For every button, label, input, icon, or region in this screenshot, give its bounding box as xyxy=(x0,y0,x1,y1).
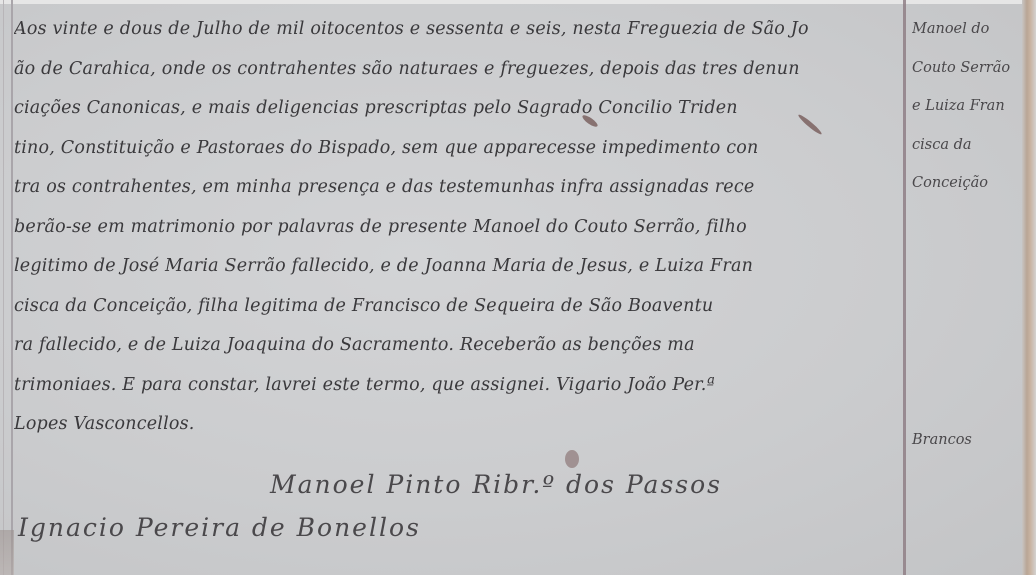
margin-annotation-lower: Brancos xyxy=(912,432,972,448)
record-line: ciações Canonicas, e mais deligencias pr… xyxy=(14,89,899,129)
record-body: Aos vinte e dous de Julho de mil oitocen… xyxy=(14,10,899,445)
page-left-edge xyxy=(3,0,4,575)
witness-signature-1: Manoel Pinto Ribr.º dos Passos xyxy=(270,470,722,499)
ink-blot xyxy=(565,450,579,468)
margin-line: Conceição xyxy=(912,164,1020,203)
page-top-edge xyxy=(0,0,1036,4)
margin-column-divider xyxy=(903,0,906,575)
record-line: trimoniaes. E para constar, lavrei este … xyxy=(14,366,899,406)
document-page: Aos vinte e dous de Julho de mil oitocen… xyxy=(0,0,1036,575)
margin-annotation: Manoel do Couto Serrão e Luiza Fran cisc… xyxy=(912,10,1020,203)
record-line: tino, Constituição e Pastoraes do Bispad… xyxy=(14,129,899,169)
witness-signature-2: Ignacio Pereira de Bonellos xyxy=(18,513,421,542)
record-line: Aos vinte e dous de Julho de mil oitocen… xyxy=(14,10,899,50)
record-line: cisca da Conceição, filha legitima de Fr… xyxy=(14,287,899,327)
margin-line: Manoel do xyxy=(912,10,1020,49)
record-line: ão de Carahica, onde os contrahentes são… xyxy=(14,50,899,90)
record-line: berão-se em matrimonio por palavras de p… xyxy=(14,208,899,248)
record-line: tra os contrahentes, em minha presença e… xyxy=(14,168,899,208)
record-line: legitimo de José Maria Serrão fallecido,… xyxy=(14,247,899,287)
paper-stain xyxy=(0,530,14,575)
record-line: Lopes Vasconcellos. xyxy=(14,405,899,445)
margin-line: cisca da xyxy=(912,126,1020,165)
margin-line: e Luiza Fran xyxy=(912,87,1020,126)
record-line: ra fallecido, e de Luiza Joaquina do Sac… xyxy=(14,326,899,366)
margin-line: Couto Serrão xyxy=(912,49,1020,88)
left-margin-rule xyxy=(11,0,13,575)
page-right-edge xyxy=(1022,0,1036,575)
